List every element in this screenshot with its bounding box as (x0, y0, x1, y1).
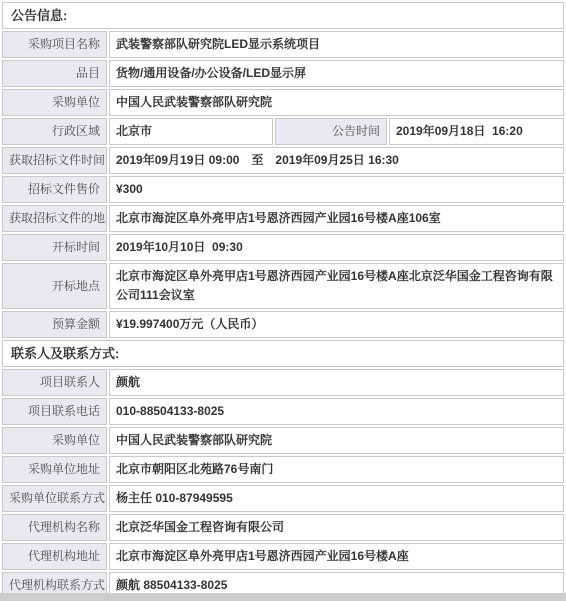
table-row: 采购单位中国人民武装警察部队研究院 (2, 89, 564, 116)
field-label: 获取招标文件时间 (2, 147, 107, 174)
table-row: 获取招标文件的地点北京市海淀区阜外亮甲店1号恩济西园产业园16号楼A座106室 (2, 205, 564, 232)
field-label: 采购单位联系方式 (2, 485, 107, 512)
field-label: 采购单位地址 (2, 456, 107, 483)
field-label: 公告时间 (275, 118, 387, 145)
field-value: 北京泛华国金工程咨询有限公司 (109, 514, 564, 541)
section-title: 公告信息: (2, 2, 564, 29)
field-label: 开标地点 (2, 263, 107, 309)
field-value: 杨主任 010-87949595 (109, 485, 564, 512)
page-bottom-edge (0, 593, 566, 601)
field-label: 预算金额 (2, 311, 107, 338)
table-row: 采购单位中国人民武装警察部队研究院 (2, 427, 564, 454)
field-label: 项目联系电话 (2, 398, 107, 425)
field-value: 中国人民武装警察部队研究院 (109, 427, 564, 454)
field-value: 货物/通用设备/办公设备/LED显示屏 (109, 60, 564, 87)
table-row: 开标地点北京市海淀区阜外亮甲店1号恩济西园产业园16号楼A座北京泛华国金工程咨询… (2, 263, 564, 309)
table-row: 获取招标文件时间2019年09月19日 09:00 至 2019年09月25日 … (2, 147, 564, 174)
field-label: 品目 (2, 60, 107, 87)
table-row: 预算金额¥19.997400万元（人民币） (2, 311, 564, 338)
field-value: 北京市海淀区阜外亮甲店1号恩济西园产业园16号楼A座 (109, 543, 564, 570)
field-value: 北京市朝阳区北苑路76号南门 (109, 456, 564, 483)
field-value: 中国人民武装警察部队研究院 (109, 89, 564, 116)
section-title: 联系人及联系方式: (2, 340, 564, 367)
table-row: 开标时间2019年10月10日 09:30 (2, 234, 564, 261)
table-row: 代理机构名称北京泛华国金工程咨询有限公司 (2, 514, 564, 541)
field-label: 代理机构名称 (2, 514, 107, 541)
table-row: 采购项目名称武装警察部队研究院LED显示系统项目 (2, 31, 564, 58)
table-row: 项目联系人颜航 (2, 369, 564, 396)
field-value: 北京市 (109, 118, 273, 145)
table-row: 代理机构地址北京市海淀区阜外亮甲店1号恩济西园产业园16号楼A座 (2, 543, 564, 570)
table-row: 采购单位地址北京市朝阳区北苑路76号南门 (2, 456, 564, 483)
field-value: 2019年10月10日 09:30 (109, 234, 564, 261)
field-label: 采购项目名称 (2, 31, 107, 58)
table-row: 采购单位联系方式杨主任 010-87949595 (2, 485, 564, 512)
section-header-row: 公告信息: (2, 2, 564, 29)
section-header-row: 联系人及联系方式: (2, 340, 564, 367)
table-row: 项目联系电话010-88504133-8025 (2, 398, 564, 425)
field-value: 2019年09月19日 09:00 至 2019年09月25日 16:30 (109, 147, 564, 174)
announcement-table: 公告信息:采购项目名称武装警察部队研究院LED显示系统项目品目货物/通用设备/办… (0, 0, 566, 601)
field-label: 获取招标文件的地点 (2, 205, 107, 232)
field-value: ¥300 (109, 176, 564, 203)
field-label: 采购单位 (2, 89, 107, 116)
field-value: 颜航 (109, 369, 564, 396)
table-row: 品目货物/通用设备/办公设备/LED显示屏 (2, 60, 564, 87)
field-label: 开标时间 (2, 234, 107, 261)
field-value: 北京市海淀区阜外亮甲店1号恩济西园产业园16号楼A座106室 (109, 205, 564, 232)
field-label: 项目联系人 (2, 369, 107, 396)
field-value: 武装警察部队研究院LED显示系统项目 (109, 31, 564, 58)
field-label: 采购单位 (2, 427, 107, 454)
field-value: ¥19.997400万元（人民币） (109, 311, 564, 338)
field-label: 招标文件售价 (2, 176, 107, 203)
announcement-page: 公告信息:采购项目名称武装警察部队研究院LED显示系统项目品目货物/通用设备/办… (0, 0, 566, 601)
table-row: 行政区域北京市公告时间2019年09月18日 16:20 (2, 118, 564, 145)
field-label: 代理机构地址 (2, 543, 107, 570)
field-value: 北京市海淀区阜外亮甲店1号恩济西园产业园16号楼A座北京泛华国金工程咨询有限公司… (109, 263, 564, 309)
table-row: 招标文件售价¥300 (2, 176, 564, 203)
field-value: 2019年09月18日 16:20 (389, 118, 564, 145)
field-label: 行政区域 (2, 118, 107, 145)
field-value: 010-88504133-8025 (109, 398, 564, 425)
